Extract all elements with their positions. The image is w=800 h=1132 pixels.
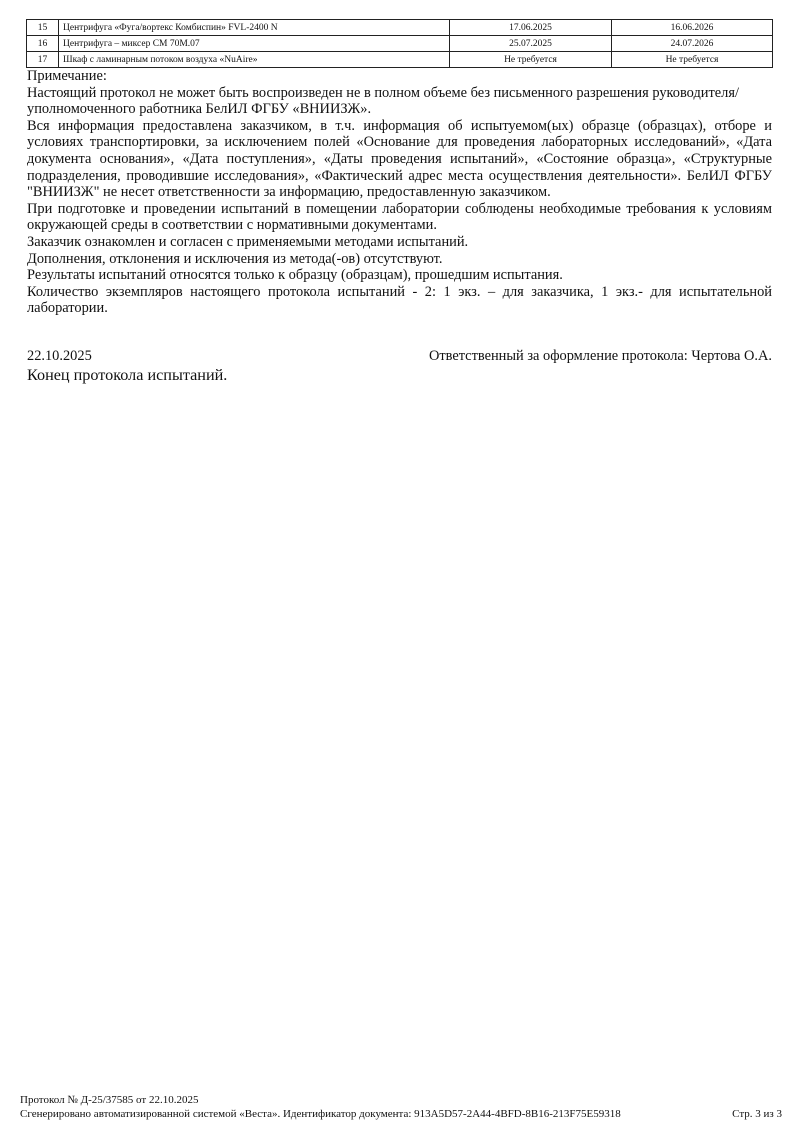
note-deviations: Дополнения, отклонения и исключения из м… (27, 251, 772, 268)
equipment-name: Шкаф с ламинарным потоком воздуха «NuAir… (59, 52, 450, 68)
signature-row: 22.10.2025 Ответственный за оформление п… (27, 348, 772, 365)
verification-date: 25.07.2025 (450, 36, 612, 52)
note-copies: Количество экземпляров настоящего проток… (27, 284, 772, 317)
table-row: 17 Шкаф с ламинарным потоком воздуха «Nu… (27, 52, 773, 68)
note-environment: При подготовке и проведении испытаний в … (27, 201, 772, 234)
note-customer-info: Вся информация предоставлена заказчиком,… (27, 118, 772, 201)
row-number: 15 (27, 20, 59, 36)
footer-protocol-number: Протокол № Д-25/37585 от 22.10.2025 (20, 1093, 782, 1107)
verification-date: 17.06.2025 (450, 20, 612, 36)
equipment-table: 15 Центрифуга «Фуга/вортекс Комбиспин» F… (26, 19, 773, 68)
footer-generated-by: Сгенерировано автоматизированной системо… (20, 1107, 621, 1121)
equipment-name: Центрифуга – миксер CM 70M.07 (59, 36, 450, 52)
notes-heading: Примечание: (27, 68, 772, 85)
row-number: 17 (27, 52, 59, 68)
page-number: Стр. 3 из 3 (732, 1107, 782, 1121)
notes-section: Примечание: Настоящий протокол не может … (27, 68, 772, 317)
signature-date: 22.10.2025 (27, 348, 92, 365)
responsible-person: Ответственный за оформление протокола: Ч… (429, 348, 772, 365)
page-footer: Протокол № Д-25/37585 от 22.10.2025 Сген… (20, 1093, 782, 1121)
end-of-protocol: Конец протокола испытаний. (27, 366, 227, 385)
table-row: 16 Центрифуга – миксер CM 70M.07 25.07.2… (27, 36, 773, 52)
note-methods: Заказчик ознакомлен и согласен с применя… (27, 234, 772, 251)
valid-until-date: 16.06.2026 (612, 20, 773, 36)
valid-until-date: Не требуется (612, 52, 773, 68)
note-reproduction: Настоящий протокол не может быть воспрои… (27, 85, 772, 118)
verification-date: Не требуется (450, 52, 612, 68)
row-number: 16 (27, 36, 59, 52)
note-results-scope: Результаты испытаний относятся только к … (27, 267, 772, 284)
equipment-name: Центрифуга «Фуга/вортекс Комбиспин» FVL-… (59, 20, 450, 36)
valid-until-date: 24.07.2026 (612, 36, 773, 52)
table-row: 15 Центрифуга «Фуга/вортекс Комбиспин» F… (27, 20, 773, 36)
